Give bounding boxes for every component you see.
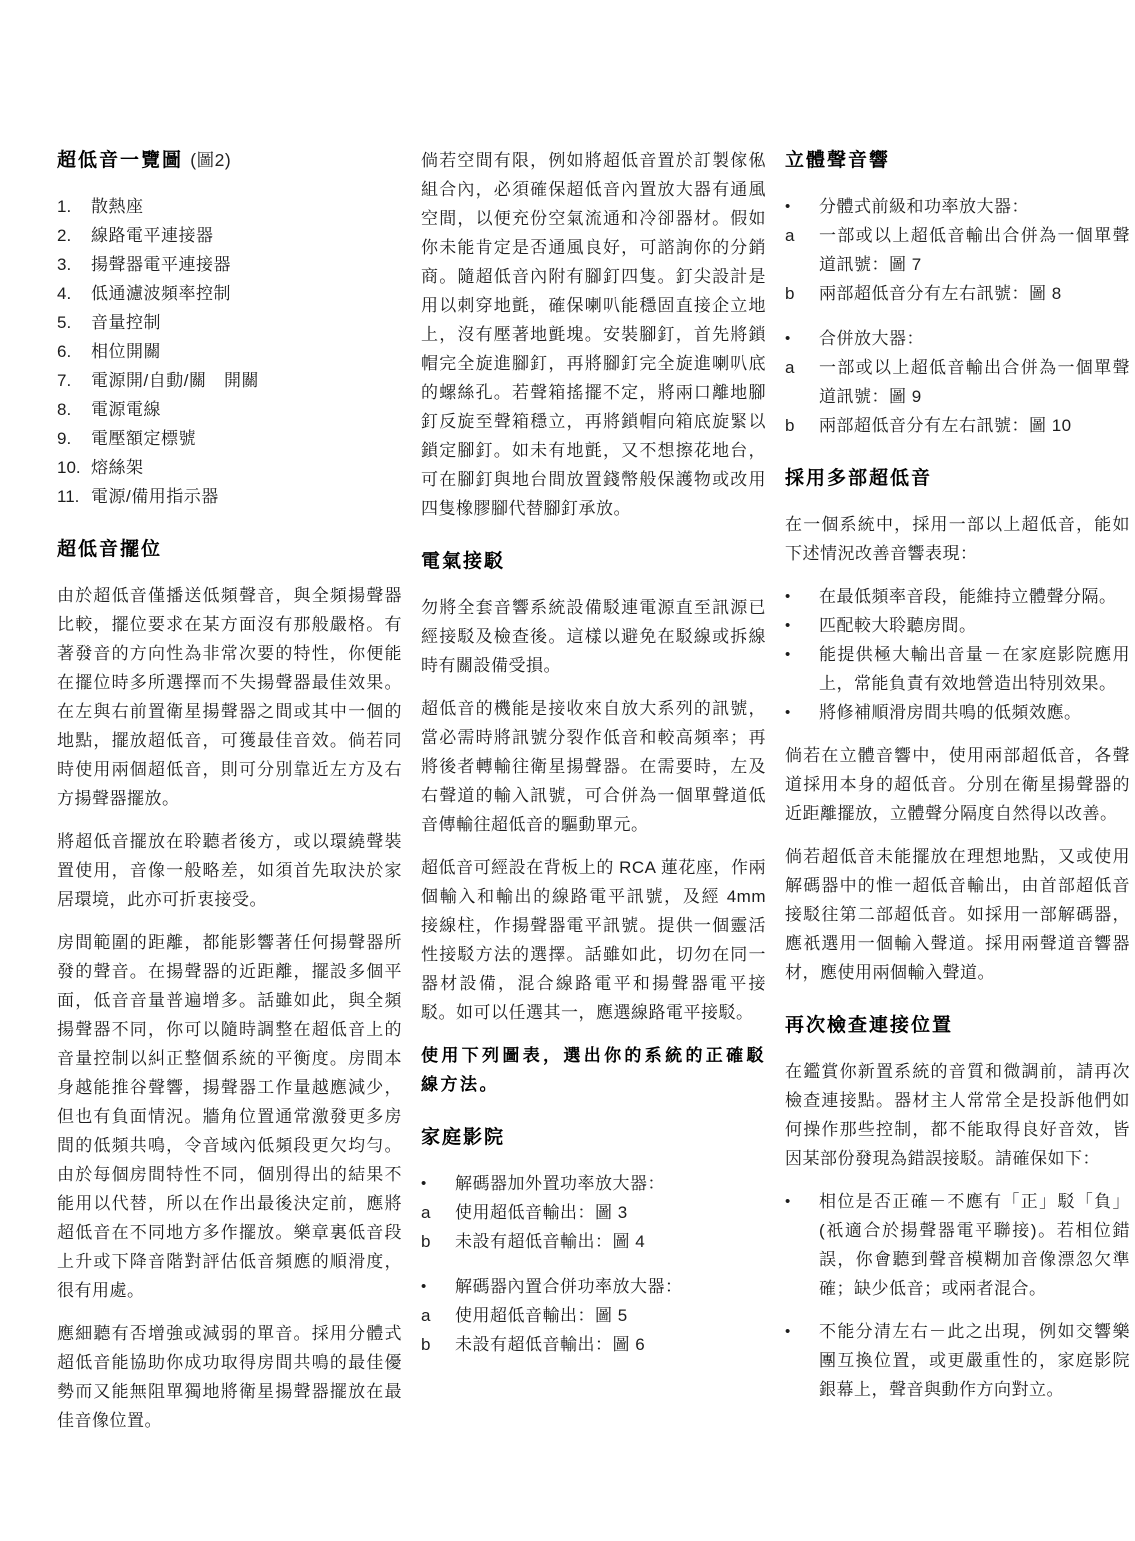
item-label: 熔絲架 bbox=[91, 453, 402, 482]
paragraph: 在鑑賞你新置系統的音質和微調前，請再次檢查連接點。器材主人常常全是投訴他們如何操… bbox=[785, 1057, 1130, 1173]
item-number: 8. bbox=[57, 395, 91, 424]
bullet-text: 不能分清左右－此之出現，例如交響樂團互換位置，或更嚴重性的，家庭影院銀幕上，聲音… bbox=[819, 1317, 1130, 1404]
item-label: 揚聲器電平連接器 bbox=[91, 250, 402, 279]
list-item: 2.線路電平連接器 bbox=[57, 221, 402, 250]
list-item: 9.電壓額定標號 bbox=[57, 424, 402, 453]
bullet-item: •將修補順滑房間共鳴的低頻效應。 bbox=[785, 698, 1130, 727]
bullet-text: 在最低頻率音段，能維持立體聲分隔。 bbox=[819, 582, 1130, 611]
item-label: 音量控制 bbox=[91, 308, 402, 337]
paragraph: 超低音可經設在背板上的 RCA 蓮花座，作兩個輸入和輸出的線路電平訊號，及經 4… bbox=[421, 853, 766, 1027]
item-label: 低通濾波頻率控制 bbox=[91, 279, 402, 308]
sub-item-a: a一部或以上超低音輸出合併為一個單聲道訊號：圖 9 bbox=[785, 353, 1130, 411]
item-label: 散熱座 bbox=[91, 192, 402, 221]
sub-item-marker: a bbox=[785, 353, 819, 382]
bullet-icon: • bbox=[785, 192, 819, 221]
three-column-layout: 超低音一覽圖 (圖2) 1.散熱座 2.線路電平連接器 3.揚聲器電平連接器 4… bbox=[0, 0, 1135, 1449]
bullet-icon: • bbox=[785, 582, 819, 611]
bullet-item: •不能分清左右－此之出現，例如交響樂團互換位置，或更嚴重性的，家庭影院銀幕上，聲… bbox=[785, 1317, 1130, 1404]
item-number: 9. bbox=[57, 424, 91, 453]
item-number: 2. bbox=[57, 221, 91, 250]
bullet-item: •匹配較大聆聽房間。 bbox=[785, 611, 1130, 640]
sub-item-text: 使用超低音輸出：圖 3 bbox=[455, 1198, 766, 1227]
bullet-icon: • bbox=[421, 1169, 455, 1198]
sub-item-marker: a bbox=[421, 1301, 455, 1330]
section-heading-stereo-audio: 立體聲音響 bbox=[785, 146, 1130, 175]
paragraph: 應細聽有否增強或減弱的單音。採用分體式超低音能協助你成功取得房間共鳴的最佳優勢而… bbox=[57, 1319, 402, 1435]
bullet-text: 能提供極大輸出音量－在家庭影院應用上，常能負責有效地營造出特別效果。 bbox=[819, 640, 1130, 698]
paragraph: 勿將全套音響系統設備駁連電源直至訊源已經接駁及檢查後。這樣以避免在駁線或拆線時有… bbox=[421, 593, 766, 680]
sub-item-text: 未設有超低音輸出：圖 4 bbox=[455, 1227, 766, 1256]
bullet-item: •分體式前級和功率放大器： bbox=[785, 192, 1130, 221]
heading-text: 超低音一覽圖 bbox=[57, 150, 183, 171]
section-heading-subwoofer-overview: 超低音一覽圖 (圖2) bbox=[57, 146, 402, 175]
bullet-icon: • bbox=[785, 1187, 819, 1216]
benefit-bullet-list: •在最低頻率音段，能維持立體聲分隔。 •匹配較大聆聽房間。 •能提供極大輸出音量… bbox=[785, 582, 1130, 727]
sub-item-text: 使用超低音輸出：圖 5 bbox=[455, 1301, 766, 1330]
sub-item-marker: b bbox=[785, 279, 819, 308]
bullet-icon: • bbox=[785, 640, 819, 669]
paragraph: 房間範圍的距離，都能影響著任何揚聲器所發的聲音。在揚聲器的近距離，擺設多個平面，… bbox=[57, 928, 402, 1305]
column-3: 立體聲音響 •分體式前級和功率放大器： a一部或以上超低音輸出合併為一個單聲道訊… bbox=[785, 146, 1130, 1449]
manual-page: 超低音一覽圖 (圖2) 1.散熱座 2.線路電平連接器 3.揚聲器電平連接器 4… bbox=[0, 0, 1135, 1541]
sub-item-b: b兩部超低音分有左右訊號：圖 10 bbox=[785, 411, 1130, 440]
bullet-icon: • bbox=[785, 324, 819, 353]
list-item: 7.電源開/自動/關 開關 bbox=[57, 366, 402, 395]
column-2: 倘若空間有限，例如將超低音置於訂製傢俬組合內，必須確保超低音內置放大器有通風空間… bbox=[421, 146, 766, 1449]
sub-item-text: 一部或以上超低音輸出合併為一個單聲道訊號：圖 7 bbox=[819, 221, 1130, 279]
list-item: 6.相位開關 bbox=[57, 337, 402, 366]
item-number: 1. bbox=[57, 192, 91, 221]
bullet-item: •解碼器內置合併功率放大器： bbox=[421, 1272, 766, 1301]
option-title: 解碼器加外置功率放大器： bbox=[455, 1169, 766, 1198]
bullet-text: 將修補順滑房間共鳴的低頻效應。 bbox=[819, 698, 1130, 727]
option-title: 分體式前級和功率放大器： bbox=[819, 192, 1130, 221]
sub-item-a: a使用超低音輸出：圖 3 bbox=[421, 1198, 766, 1227]
list-item: 3.揚聲器電平連接器 bbox=[57, 250, 402, 279]
connection-option-group: •解碼器加外置功率放大器： a使用超低音輸出：圖 3 b未設有超低音輸出：圖 4 bbox=[421, 1169, 766, 1256]
bullet-icon: • bbox=[785, 611, 819, 640]
sub-item-marker: b bbox=[785, 411, 819, 440]
sub-item-text: 未設有超低音輸出：圖 6 bbox=[455, 1330, 766, 1359]
item-label: 相位開關 bbox=[91, 337, 402, 366]
check-bullet-list: •相位是否正確－不應有「正」駁「負」(祇適合於揚聲器電平聯接)。若相位錯誤，你會… bbox=[785, 1187, 1130, 1404]
instruction-lead-in: 使用下列圖表，選出你的系統的正確駁線方法。 bbox=[421, 1041, 766, 1099]
paragraph: 將超低音擺放在聆聽者後方，或以環繞聲裝置使用，音像一般略差，如須首先取決於家居環… bbox=[57, 827, 402, 914]
bullet-text: 匹配較大聆聽房間。 bbox=[819, 611, 1130, 640]
heading-figure-ref: (圖2) bbox=[190, 150, 231, 170]
paragraph: 倘若空間有限，例如將超低音置於訂製傢俬組合內，必須確保超低音內置放大器有通風空間… bbox=[421, 146, 766, 523]
list-item: 10.熔絲架 bbox=[57, 453, 402, 482]
bullet-text: 相位是否正確－不應有「正」駁「負」(祇適合於揚聲器電平聯接)。若相位錯誤，你會聽… bbox=[819, 1187, 1130, 1303]
paragraph: 由於超低音僅播送低頻聲音，與全頻揚聲器比較，擺位要求在某方面沒有那般嚴格。有著發… bbox=[57, 581, 402, 813]
bullet-icon: • bbox=[785, 1317, 819, 1346]
sub-item-text: 兩部超低音分有左右訊號：圖 10 bbox=[819, 411, 1130, 440]
item-label: 電壓額定標號 bbox=[91, 424, 402, 453]
bullet-item: •相位是否正確－不應有「正」駁「負」(祇適合於揚聲器電平聯接)。若相位錯誤，你會… bbox=[785, 1187, 1130, 1303]
paragraph: 倘若超低音未能擺放在理想地點，又或使用解碼器中的惟一超低音輸出，由首部超低音接駁… bbox=[785, 842, 1130, 987]
section-heading-electrical-connection: 電氣接駁 bbox=[421, 547, 766, 576]
sub-item-b: b兩部超低音分有左右訊號：圖 8 bbox=[785, 279, 1130, 308]
sub-item-marker: b bbox=[421, 1227, 455, 1256]
item-number: 4. bbox=[57, 279, 91, 308]
item-number: 3. bbox=[57, 250, 91, 279]
section-heading-subwoofer-placement: 超低音擺位 bbox=[57, 535, 402, 564]
item-label: 線路電平連接器 bbox=[91, 221, 402, 250]
paragraph: 在一個系統中，採用一部以上超低音，能如下述情況改善音響表現： bbox=[785, 510, 1130, 568]
option-title: 解碼器內置合併功率放大器： bbox=[455, 1272, 766, 1301]
sub-item-a: a一部或以上超低音輸出合併為一個單聲道訊號：圖 7 bbox=[785, 221, 1130, 279]
sub-item-a: a使用超低音輸出：圖 5 bbox=[421, 1301, 766, 1330]
item-label: 電源開/自動/關 開關 bbox=[91, 366, 402, 395]
bullet-item: •在最低頻率音段，能維持立體聲分隔。 bbox=[785, 582, 1130, 611]
list-item: 1.散熱座 bbox=[57, 192, 402, 221]
column-1: 超低音一覽圖 (圖2) 1.散熱座 2.線路電平連接器 3.揚聲器電平連接器 4… bbox=[57, 146, 402, 1449]
sub-item-marker: a bbox=[421, 1198, 455, 1227]
sub-item-b: b未設有超低音輸出：圖 6 bbox=[421, 1330, 766, 1359]
section-heading-multiple-subwoofers: 採用多部超低音 bbox=[785, 464, 1130, 493]
item-number: 6. bbox=[57, 337, 91, 366]
list-item: 8.電源電線 bbox=[57, 395, 402, 424]
connection-option-group: •分體式前級和功率放大器： a一部或以上超低音輸出合併為一個單聲道訊號：圖 7 … bbox=[785, 192, 1130, 308]
sub-item-text: 一部或以上超低音輸出合併為一個單聲道訊號：圖 9 bbox=[819, 353, 1130, 411]
item-label: 電源/備用指示器 bbox=[91, 482, 402, 511]
sub-item-b: b未設有超低音輸出：圖 4 bbox=[421, 1227, 766, 1256]
section-heading-recheck-connections: 再次檢查連接位置 bbox=[785, 1011, 1130, 1040]
bullet-item: •能提供極大輸出音量－在家庭影院應用上，常能負責有效地營造出特別效果。 bbox=[785, 640, 1130, 698]
item-number: 5. bbox=[57, 308, 91, 337]
sub-item-marker: b bbox=[421, 1330, 455, 1359]
connection-option-group: •合併放大器： a一部或以上超低音輸出合併為一個單聲道訊號：圖 9 b兩部超低音… bbox=[785, 324, 1130, 440]
item-label: 電源電線 bbox=[91, 395, 402, 424]
option-title: 合併放大器： bbox=[819, 324, 1130, 353]
numbered-parts-list: 1.散熱座 2.線路電平連接器 3.揚聲器電平連接器 4.低通濾波頻率控制 5.… bbox=[57, 192, 402, 511]
sub-item-text: 兩部超低音分有左右訊號：圖 8 bbox=[819, 279, 1130, 308]
item-number: 11. bbox=[57, 482, 91, 511]
bullet-item: •解碼器加外置功率放大器： bbox=[421, 1169, 766, 1198]
list-item: 11.電源/備用指示器 bbox=[57, 482, 402, 511]
connection-option-group: •解碼器內置合併功率放大器： a使用超低音輸出：圖 5 b未設有超低音輸出：圖 … bbox=[421, 1272, 766, 1359]
section-heading-home-theatre: 家庭影院 bbox=[421, 1123, 766, 1152]
paragraph: 超低音的機能是接收來自放大系列的訊號，當必需時將訊號分裂作低音和較高頻率；再將後… bbox=[421, 694, 766, 839]
bullet-item: •合併放大器： bbox=[785, 324, 1130, 353]
bullet-icon: • bbox=[421, 1272, 455, 1301]
list-item: 4.低通濾波頻率控制 bbox=[57, 279, 402, 308]
paragraph: 倘若在立體音響中，使用兩部超低音，各聲道採用本身的超低音。分別在衛星揚聲器的近距… bbox=[785, 741, 1130, 828]
list-item: 5.音量控制 bbox=[57, 308, 402, 337]
item-number: 7. bbox=[57, 366, 91, 395]
bullet-icon: • bbox=[785, 698, 819, 727]
sub-item-marker: a bbox=[785, 221, 819, 250]
item-number: 10. bbox=[57, 453, 91, 482]
